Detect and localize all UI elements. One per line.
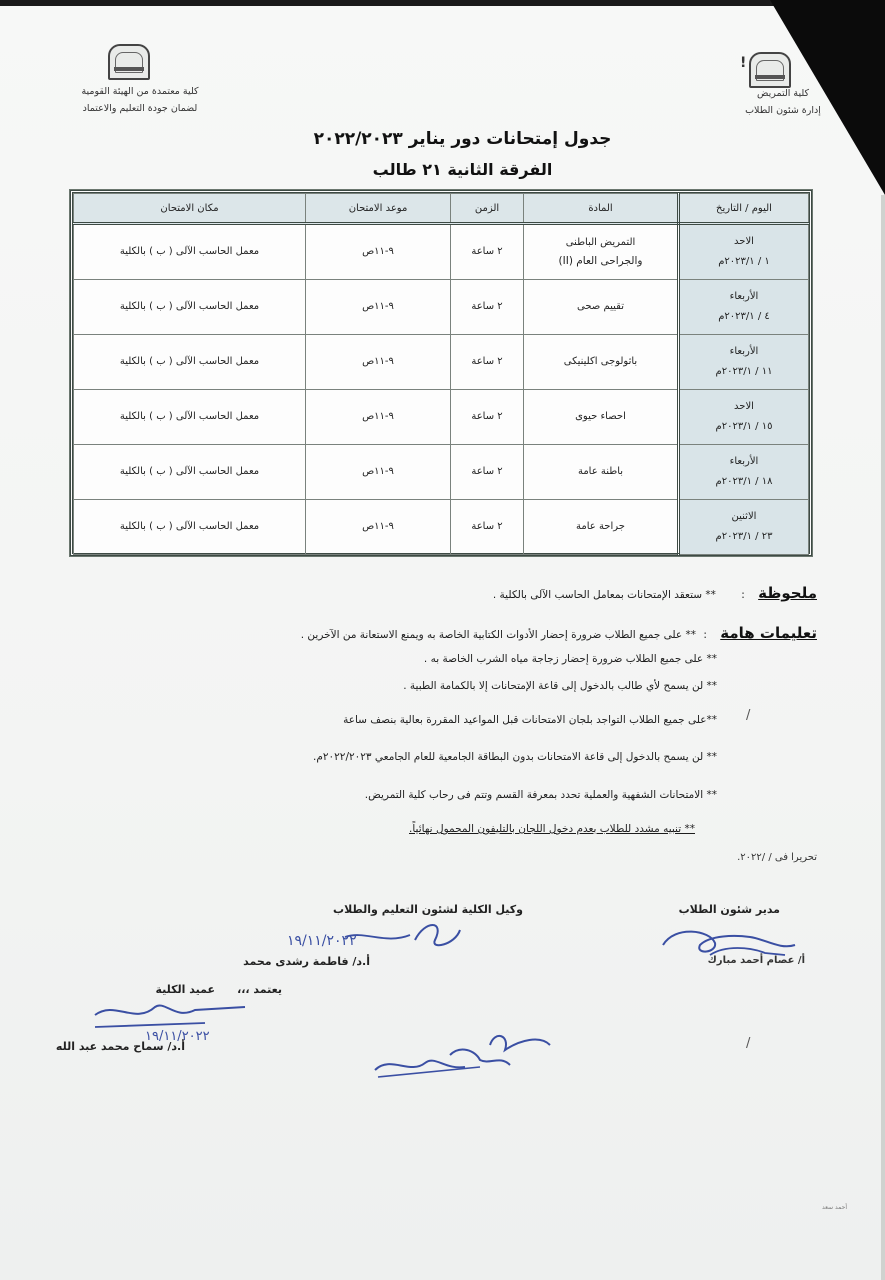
day: الاحد — [681, 232, 807, 252]
note-colon: : — [741, 589, 745, 601]
dean-name: أ.د/ سماح محمد عبد الله — [56, 1040, 185, 1053]
header-left-line2: لضمان جودة التعليم والاعتماد — [80, 100, 200, 117]
duration-cell: ٢ ساعة — [451, 500, 524, 555]
time-cell: ٩-١١ص — [306, 280, 451, 335]
day-date-cell: الاحد١ / ٢٠٢٣/١م — [679, 224, 809, 280]
instruction-item: ** لن يسمح لأي طالب بالدخول إلى قاعة الإ… — [403, 680, 717, 692]
subject: التمريض الباطنى — [525, 234, 676, 252]
pen-mark: ! — [740, 55, 746, 71]
note-line: ملحوظة : ** ستعقد الإمتحانات بمعامل الحا… — [493, 584, 817, 602]
document-page: كلية معتمدة من الهيئة القومية لضمان جودة… — [0, 0, 885, 1280]
location-cell: معمل الحاسب الآلى ( ب ) بالكلية — [74, 445, 306, 500]
location-cell: معمل الحاسب الآلى ( ب ) بالكلية — [74, 280, 306, 335]
subject-cell: باثولوجى اكلينيكى — [524, 335, 679, 390]
day: الاحد — [681, 397, 807, 417]
table-row: الأربعاء١١ / ٢٠٢٣/١م باثولوجى اكلينيكى ٢… — [74, 335, 809, 390]
location-cell: معمل الحاسب الآلى ( ب ) بالكلية — [74, 335, 306, 390]
day-date-cell: الأربعاء٤ / ٢٠٢٣/١م — [679, 280, 809, 335]
location-cell: معمل الحاسب الآلى ( ب ) بالكلية — [74, 390, 306, 445]
subject-cell: باطنة عامة — [524, 445, 679, 500]
accreditation-logo-icon — [108, 44, 150, 80]
scan-right-edge — [881, 195, 885, 1280]
day-date-cell: الاحد١٥ / ٢٠٢٣/١م — [679, 390, 809, 445]
dean-signature-icon: ١٩/١١/٢٠٢٢ — [85, 995, 285, 1065]
bottom-tiny-text: أحمد سعد — [822, 1204, 847, 1211]
location-cell: معمل الحاسب الآلى ( ب ) بالكلية — [74, 500, 306, 555]
header-location: مكان الامتحان — [74, 194, 306, 224]
table-row: الاثنين٢٣ / ٢٠٢٣/١م جراحة عامة ٢ ساعة ٩-… — [74, 500, 809, 555]
instructions-line-1: تعليمات هامة : ** على جميع الطلاب ضرورة … — [301, 624, 817, 642]
time-cell: ٩-١١ص — [306, 390, 451, 445]
duration-cell: ٢ ساعة — [451, 280, 524, 335]
day: الأربعاء — [681, 452, 807, 472]
day: الاثنين — [681, 507, 807, 527]
date: ١ / ٢٠٢٣/١م — [681, 252, 807, 272]
vice-dean-handwritten-date: ١٩/١١/٢٠٢٢ — [287, 933, 357, 949]
header-left-line1: كلية معتمدة من الهيئة القومية — [80, 83, 200, 100]
duration-cell: ٢ ساعة — [451, 224, 524, 280]
duration-cell: ٢ ساعة — [451, 335, 524, 390]
header-right-line1: كلية التمريض — [728, 85, 838, 102]
instructions-label: تعليمات هامة — [720, 624, 817, 642]
table-row: الاحد١ / ٢٠٢٣/١م التمريض الباطنىوالجراحى… — [74, 224, 809, 280]
date: ٢٣ / ٢٠٢٣/١م — [681, 527, 807, 547]
instruction-warning: ** تنبيه مشدد للطلاب بعدم دخول اللجان با… — [409, 823, 695, 835]
duration-cell: ٢ ساعة — [451, 390, 524, 445]
document-title: جدول إمتحانات دور يناير ٢٠٢٢/٢٠٢٣ — [0, 129, 885, 149]
header-duration: الزمن — [451, 194, 524, 224]
table-row: الأربعاء٤ / ٢٠٢٣/١م تقييم صحى ٢ ساعة ٩-١… — [74, 280, 809, 335]
instruction-text: ** على جميع الطلاب ضرورة إحضار الأدوات ا… — [301, 629, 696, 641]
vice-dean-signature-icon: ١٩/١١/٢٠٢٢ — [285, 915, 485, 955]
table-header-row: اليوم / التاريخ المادة الزمن موعد الامتح… — [74, 194, 809, 224]
subject-cell: جراحة عامة — [524, 500, 679, 555]
pen-mark: / — [746, 708, 750, 723]
header-right: كلية التمريض إدارة شئون الطلاب — [728, 85, 838, 119]
date: ٤ / ٢٠٢٣/١م — [681, 307, 807, 327]
day-date-cell: الأربعاء١١ / ٢٠٢٣/١م — [679, 335, 809, 390]
document-subtitle: الفرقة الثانية ٢١ طالب — [0, 160, 885, 179]
exam-schedule-table: اليوم / التاريخ المادة الزمن موعد الامتح… — [70, 190, 812, 556]
duration-cell: ٢ ساعة — [451, 445, 524, 500]
day: الأربعاء — [681, 287, 807, 307]
time-cell: ٩-١١ص — [306, 335, 451, 390]
subject-line2: والجراحى العام (II) — [525, 252, 676, 270]
day: الأربعاء — [681, 342, 807, 362]
date: ١٨ / ٢٠٢٣/١م — [681, 472, 807, 492]
approval-signature-icon — [370, 1025, 560, 1090]
note-label: ملحوظة — [758, 584, 817, 602]
subject-cell: تقييم صحى — [524, 280, 679, 335]
instruction-item: ** لن يسمح بالدخول إلى قاعة الامتحانات ب… — [313, 751, 717, 763]
note-text: ** ستعقد الإمتحانات بمعامل الحاسب الآلى … — [493, 589, 716, 601]
scan-edge — [0, 0, 885, 6]
pen-mark: / — [746, 1036, 750, 1051]
table-row: الأربعاء١٨ / ٢٠٢٣/١م باطنة عامة ٢ ساعة ٩… — [74, 445, 809, 500]
header-day-date: اليوم / التاريخ — [679, 194, 809, 224]
faculty-logo-icon — [749, 52, 791, 88]
table-row: الاحد١٥ / ٢٠٢٣/١م احصاء حيوى ٢ ساعة ٩-١١… — [74, 390, 809, 445]
instruction-item: **على جميع الطلاب التواجد بلجان الامتحان… — [343, 714, 717, 726]
instruction-item: ** على جميع الطلاب ضرورة إحضار زجاجة ميا… — [424, 653, 717, 665]
subject-cell: احصاء حيوى — [524, 390, 679, 445]
day-date-cell: الاثنين٢٣ / ٢٠٢٣/١م — [679, 500, 809, 555]
time-cell: ٩-١١ص — [306, 224, 451, 280]
time-cell: ٩-١١ص — [306, 445, 451, 500]
date: ١١ / ٢٠٢٣/١م — [681, 362, 807, 382]
header-time: موعد الامتحان — [306, 194, 451, 224]
instructions-colon: : — [703, 629, 707, 641]
header-left: كلية معتمدة من الهيئة القومية لضمان جودة… — [80, 83, 200, 117]
dated-line: تحريرا فى / /٢٠٢٢. — [737, 852, 817, 863]
time-cell: ٩-١١ص — [306, 500, 451, 555]
date: ١٥ / ٢٠٢٣/١م — [681, 417, 807, 437]
subject-cell: التمريض الباطنىوالجراحى العام (II) — [524, 224, 679, 280]
header-subject: المادة — [524, 194, 679, 224]
day-date-cell: الأربعاء١٨ / ٢٠٢٣/١م — [679, 445, 809, 500]
location-cell: معمل الحاسب الآلى ( ب ) بالكلية — [74, 224, 306, 280]
vice-dean-name: أ.د/ فاطمة رشدى محمد — [243, 955, 370, 968]
instruction-item: ** الامتحانات الشفهية والعملية تحدد بمعر… — [365, 789, 717, 801]
header-right-line2: إدارة شئون الطلاب — [728, 102, 838, 119]
student-affairs-name: أ/ عصام أحمد مبارك — [708, 955, 805, 966]
